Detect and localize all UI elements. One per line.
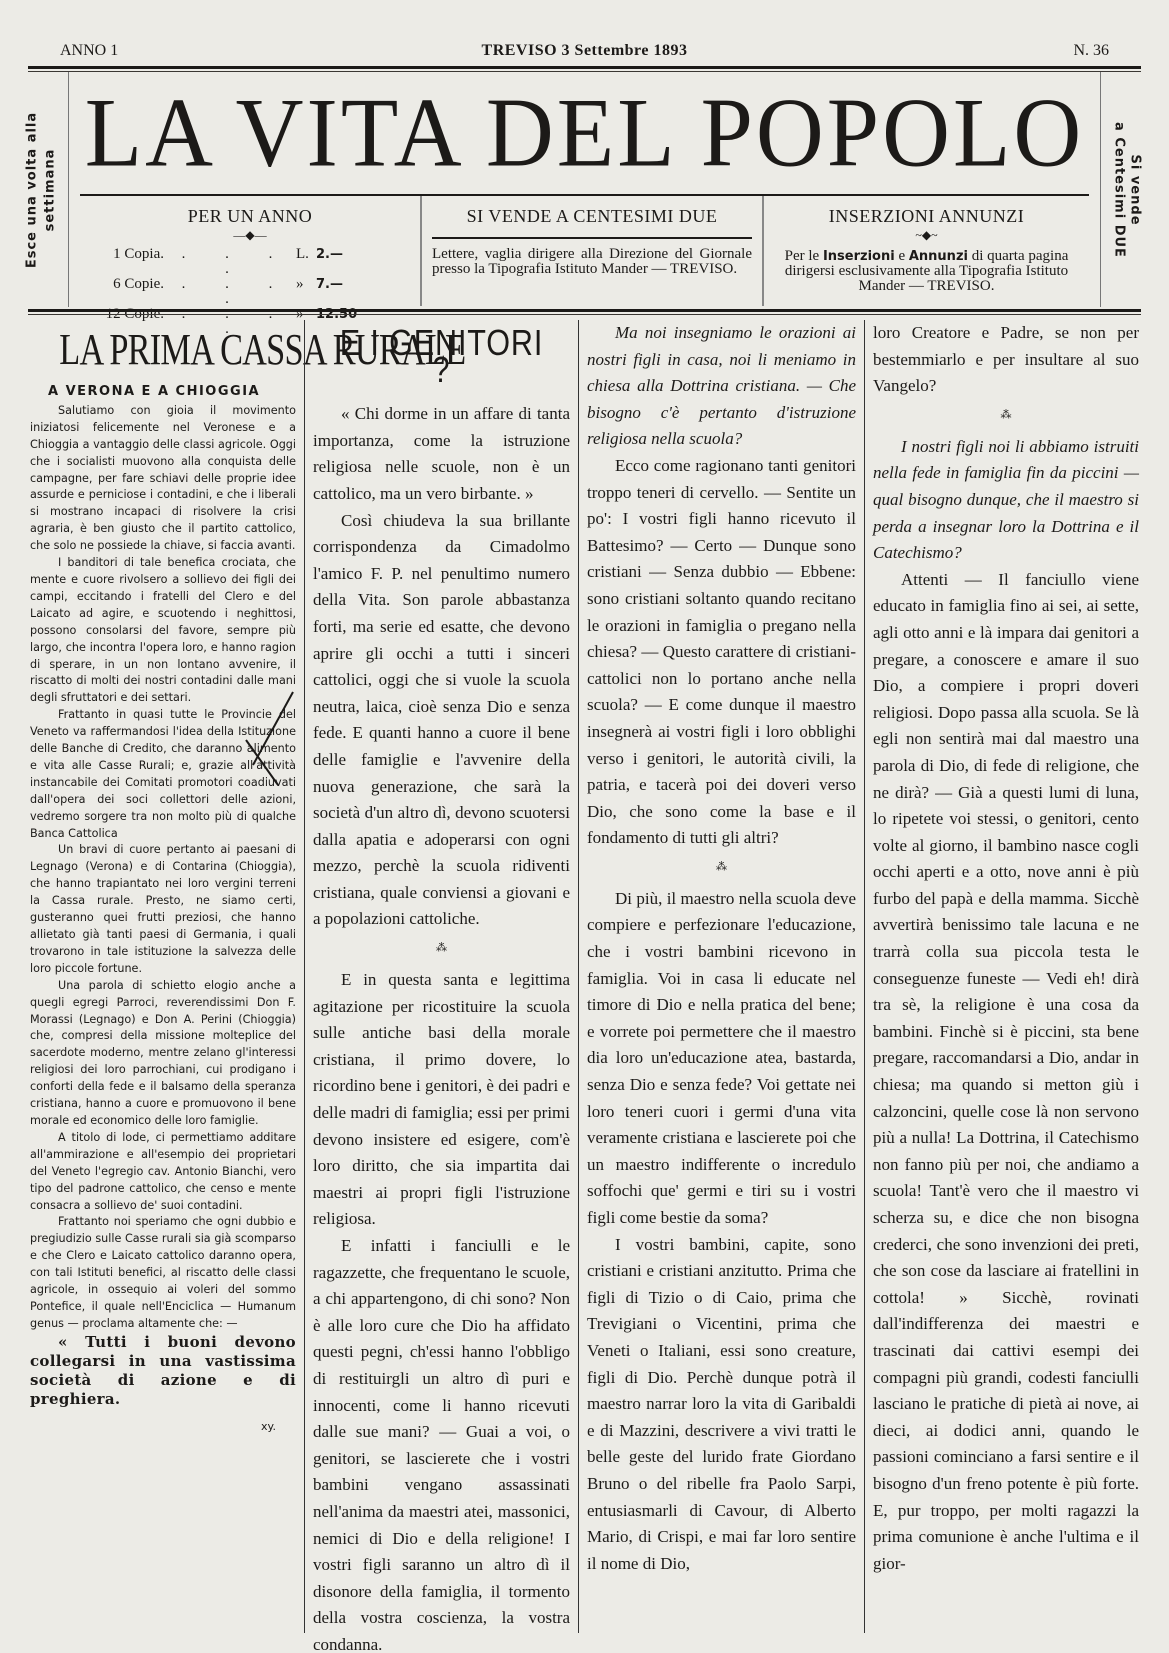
info-boxes: PER UN ANNO —◆— 1 Copia. . . . . L. 2.— … xyxy=(80,196,1089,306)
ads-text-mid: e xyxy=(895,248,909,264)
header-bottom-rule-thin xyxy=(28,314,1141,315)
ads-text-bold-annunzi: Annunzi xyxy=(909,249,968,264)
article2-paragraph: E infatti i fanciulli e le ragazzette, c… xyxy=(313,1233,570,1653)
article2-paragraph: Così chiudeva la sua brillante corrispon… xyxy=(313,508,570,934)
article2-paragraph: E in questa santa e legittima agitazione… xyxy=(313,967,570,1233)
currency: L. xyxy=(296,247,316,277)
article1-paragraph: A titolo di lode, ci permettiamo additar… xyxy=(30,1130,296,1215)
header-bottom-rule xyxy=(28,309,1141,312)
column-3: Ma noi insegniamo le orazioni ai nostri … xyxy=(578,320,864,1633)
article2-paragraph: « Chi dorme in un affare di tanta import… xyxy=(313,401,570,507)
asterism-divider: ⁂ xyxy=(313,943,570,953)
ads-text: Per le Inserzioni e Annunzi di quarta pa… xyxy=(774,249,1079,294)
subscription-heading: PER UN ANNO xyxy=(90,206,410,227)
dateline: TREVISO 3 Settembre 1893 xyxy=(60,42,1109,60)
leader-dots: . . . . xyxy=(164,247,296,277)
ads-text-bold-inserzioni: Inserzioni xyxy=(823,249,895,264)
article2-italic-paragraph: Ma noi insegniamo le orazioni ai nostri … xyxy=(587,320,856,453)
article-columns: LA PRIMA CASSA RURALE A VERONA E A CHIOG… xyxy=(22,320,1147,1633)
article2-paragraph: Di più, il maestro nella scuola deve com… xyxy=(587,886,856,1232)
issue-number: N. 36 xyxy=(1073,42,1109,60)
top-rule xyxy=(28,66,1141,69)
copies-label: 1 Copia. xyxy=(102,247,164,277)
side-note-left-line2: settimana xyxy=(43,148,58,231)
price-row: 6 Copie. . . . . » 7.— xyxy=(102,277,410,307)
leader-dots: . . . . xyxy=(164,277,296,307)
article1-signature: xy. xyxy=(30,1419,296,1436)
article2-headline: E I GENITORI ? xyxy=(332,330,550,383)
copies-label: 6 Copie. xyxy=(102,277,164,307)
currency: » xyxy=(296,277,316,307)
price: 7.— xyxy=(316,277,376,307)
side-note-right-line1: Si vende xyxy=(1128,154,1143,225)
newspaper-title: LA VITA DEL POPOLO xyxy=(80,84,1089,183)
article1-subheadline: A VERONA E A CHIOGGIA xyxy=(48,384,296,401)
ads-box: INSERZIONI ANNUNZI ~◆~ Per le Inserzioni… xyxy=(762,196,1089,306)
article1-headline: LA PRIMA CASSA RURALE xyxy=(59,328,266,372)
asterism-divider: ⁂ xyxy=(873,410,1139,420)
article2-italic-paragraph: I nostri figli noi li abbiamo istruiti n… xyxy=(873,434,1139,567)
sale-heading: SI VENDE A CENTESIMI DUE xyxy=(432,206,752,227)
article1-paragraph: Un bravi di cuore pertanto ai paesani di… xyxy=(30,842,296,977)
top-rule-thin xyxy=(28,71,1141,72)
article1-quote: « Tutti i buoni devono collegarsi in una… xyxy=(30,1333,296,1409)
sale-divider xyxy=(432,237,752,239)
ads-text-pre: Per le xyxy=(785,248,823,264)
asterism-divider: ⁂ xyxy=(587,862,856,872)
column-4: loro Creatore e Padre, se non per bestem… xyxy=(864,320,1147,1633)
price: 2.— xyxy=(316,247,376,277)
article1-paragraph: Salutiamo con gioia il movimento iniziat… xyxy=(30,403,296,555)
side-note-right: Si vende a Centesimi DUE xyxy=(1100,72,1149,307)
ornament-divider: ~◆~ xyxy=(774,229,1079,241)
ads-heading: INSERZIONI ANNUNZI xyxy=(774,206,1079,227)
handwritten-x-mark xyxy=(238,690,298,790)
side-note-left: Esce una volta alla settimana xyxy=(20,72,69,307)
article1-paragraph: Frattanto noi speriamo che ogni dubbio e… xyxy=(30,1214,296,1332)
price-row: 1 Copia. . . . . L. 2.— xyxy=(102,247,410,277)
article2-paragraph: loro Creatore e Padre, se non per bestem… xyxy=(873,320,1139,400)
sale-text: Lettere, vaglia dirigere alla Direzione … xyxy=(432,247,752,277)
article2-paragraph: I vostri bambini, capite, sono cristiani… xyxy=(587,1232,856,1578)
side-note-right-line2: a Centesimi DUE xyxy=(1112,122,1127,258)
article2-paragraph: Ecco come ragionano tanti genitori tropp… xyxy=(587,453,856,852)
column-2: E I GENITORI ? « Chi dorme in un affare … xyxy=(304,320,578,1633)
subscription-box: PER UN ANNO —◆— 1 Copia. . . . . L. 2.— … xyxy=(80,196,420,306)
sale-box: SI VENDE A CENTESIMI DUE Lettere, vaglia… xyxy=(420,196,762,306)
dateline-bar: ANNO 1 TREVISO 3 Settembre 1893 N. 36 xyxy=(60,42,1109,64)
column-1: LA PRIMA CASSA RURALE A VERONA E A CHIOG… xyxy=(22,320,304,1633)
ornament-divider: —◆— xyxy=(90,229,410,241)
article1-paragraph: Una parola di schietto elogio anche a qu… xyxy=(30,978,296,1130)
article1-paragraph: I banditori di tale benefica crociata, c… xyxy=(30,555,296,707)
article2-paragraph: Attenti — Il fanciullo viene educato in … xyxy=(873,567,1139,1578)
side-note-left-line1: Esce una volta alla xyxy=(25,111,40,267)
